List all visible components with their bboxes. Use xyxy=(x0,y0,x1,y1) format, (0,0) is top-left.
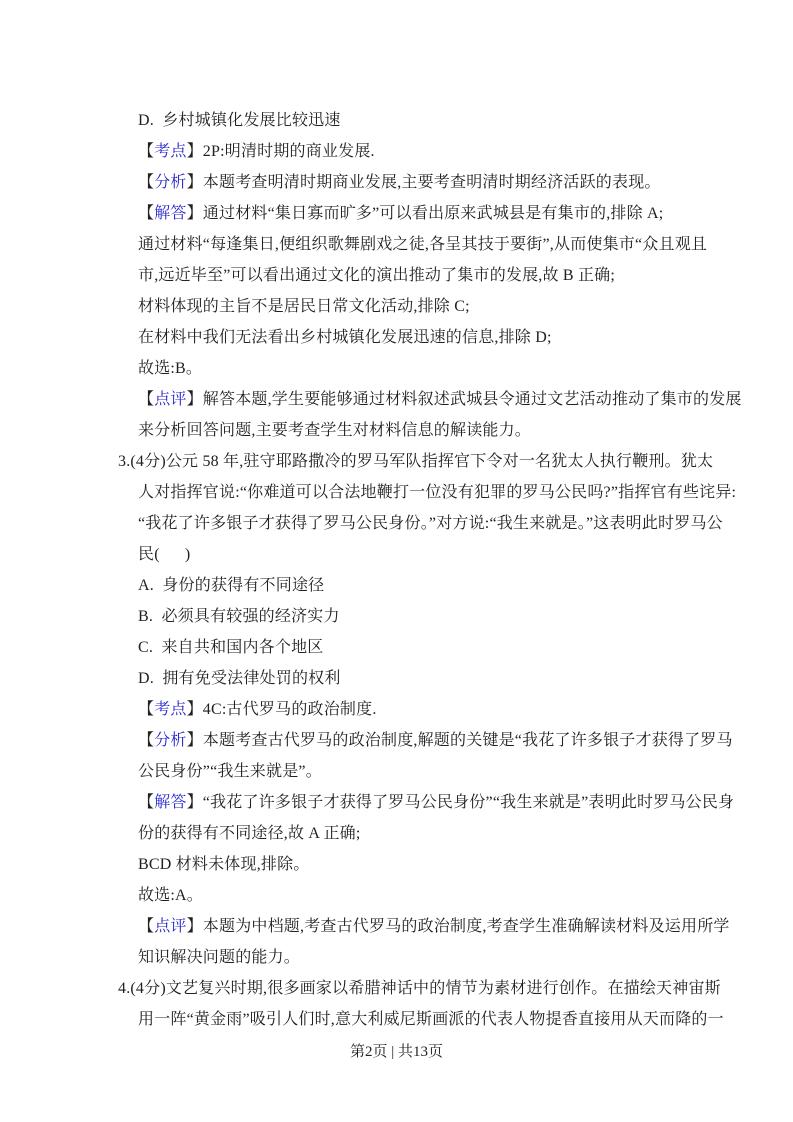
section-label: 分析 xyxy=(154,732,186,749)
text-line: 【分析】本题考查明清时期商业发展,主要考查明清时期经济活跃的表现。 xyxy=(118,167,683,198)
text-line: B. 必须具有较强的经济实力 xyxy=(118,601,683,632)
text-segment: “我花了许多银子才获得了罗马公民身份。”对方说:“我生来就是。”这表明此时罗马公 xyxy=(138,515,723,532)
text-line: 4.(4分)文艺复兴时期,很多画家以希腊神话中的情节为素材进行创作。在描绘天神宙… xyxy=(118,973,683,1004)
text-segment: 【 xyxy=(138,391,154,408)
text-segment: 材料体现的主旨不是居民日常文化活动,排除 C; xyxy=(138,298,470,315)
text-segment: 】“我花了许多银子才获得了罗马公民身份”“我生来就是”表明此时罗马公民身 xyxy=(187,794,735,811)
text-line: 来分析回答问题,主要考查学生对材料信息的解读能力。 xyxy=(118,415,683,446)
text-segment: 4.(4分)文艺复兴时期,很多画家以希腊神话中的情节为素材进行创作。在描绘天神宙… xyxy=(118,980,721,997)
text-line: D. 拥有免受法律处罚的权利 xyxy=(118,663,683,694)
text-segment: 【 xyxy=(138,143,154,160)
text-segment: 公民身份”“我生来就是”。 xyxy=(138,763,322,780)
text-segment: 在材料中我们无法看出乡村城镇化发展迅速的信息,排除 D; xyxy=(138,329,552,346)
text-segment: 】通过材料“集日寡而旷多”可以看出原来武城县是有集市的,排除 A; xyxy=(187,205,664,222)
text-line: 人对指挥官说:“你难道可以合法地鞭打一位没有犯罪的罗马公民吗?”指挥官有些诧异: xyxy=(118,477,683,508)
text-line: BCD 材料未体现,排除。 xyxy=(118,849,683,880)
text-segment: A. 身份的获得有不同途径 xyxy=(138,577,324,594)
section-label: 考点 xyxy=(154,143,186,160)
text-line: 故选:A。 xyxy=(118,880,683,911)
text-segment: 【 xyxy=(138,174,154,191)
text-line: 用一阵“黄金雨”吸引人们时,意大利威尼斯画派的代表人物提香直接用从天而降的一 xyxy=(118,1004,683,1035)
text-line: C. 来自共和国内各个地区 xyxy=(118,632,683,663)
text-segment: 通过材料“每逢集日,便组织歌舞剧戏之徒,各呈其技于要街”,从而使集市“众且观且 xyxy=(138,236,707,253)
text-line: 民( ) xyxy=(118,539,683,570)
text-segment: 】4C:古代罗马的政治制度. xyxy=(187,701,377,718)
text-line: 【点评】解答本题,学生要能够通过材料叙述武城县令通过文艺活动推动了集市的发展 xyxy=(118,384,683,415)
text-segment: 人对指挥官说:“你难道可以合法地鞭打一位没有犯罪的罗马公民吗?”指挥官有些诧异: xyxy=(138,484,736,501)
text-line: 【解答】“我花了许多银子才获得了罗马公民身份”“我生来就是”表明此时罗马公民身 xyxy=(118,787,683,818)
text-line: 【解答】通过材料“集日寡而旷多”可以看出原来武城县是有集市的,排除 A; xyxy=(118,198,683,229)
text-segment: 】本题为中档题,考查古代罗马的政治制度,考查学生准确解读材料及运用所学 xyxy=(187,918,730,935)
section-label: 分析 xyxy=(154,174,186,191)
text-line: “我花了许多银子才获得了罗马公民身份。”对方说:“我生来就是。”这表明此时罗马公 xyxy=(118,508,683,539)
text-line: 在材料中我们无法看出乡村城镇化发展迅速的信息,排除 D; xyxy=(118,322,683,353)
document-page: D. 乡村城镇化发展比较迅速【考点】2P:明清时期的商业发展.【分析】本题考查明… xyxy=(0,0,793,1122)
page-number: 第2页 | 共13页 xyxy=(350,1044,443,1060)
text-line: 【考点】2P:明清时期的商业发展. xyxy=(118,136,683,167)
text-line: 【分析】本题考查古代罗马的政治制度,解题的关键是“我花了许多银子才获得了罗马 xyxy=(118,725,683,756)
text-segment: 知识解决问题的能力。 xyxy=(138,949,300,966)
text-segment: 民( ) xyxy=(138,546,190,563)
text-segment: 3.(4分)公元 58 年,驻守耶路撒冷的罗马军队指挥官下令对一名犹太人执行鞭刑… xyxy=(118,453,713,470)
page-footer: 第2页 | 共13页 xyxy=(0,1040,793,1064)
text-segment: 故选:A。 xyxy=(138,887,203,904)
text-segment: D. 乡村城镇化发展比较迅速 xyxy=(138,112,341,129)
section-label: 解答 xyxy=(154,205,186,222)
text-segment: 】2P:明清时期的商业发展. xyxy=(187,143,375,160)
section-label: 点评 xyxy=(154,391,186,408)
text-segment: 【 xyxy=(138,205,154,222)
text-segment: 】解答本题,学生要能够通过材料叙述武城县令通过文艺活动推动了集市的发展 xyxy=(187,391,742,408)
text-segment: 用一阵“黄金雨”吸引人们时,意大利威尼斯画派的代表人物提香直接用从天而降的一 xyxy=(138,1011,724,1028)
text-segment: 来分析回答问题,主要考查学生对材料信息的解读能力。 xyxy=(138,422,531,439)
text-segment: D. 拥有免受法律处罚的权利 xyxy=(138,670,341,687)
text-line: D. 乡村城镇化发展比较迅速 xyxy=(118,105,683,136)
text-segment: 】本题考查古代罗马的政治制度,解题的关键是“我花了许多银子才获得了罗马 xyxy=(187,732,733,749)
text-line: 3.(4分)公元 58 年,驻守耶路撒冷的罗马军队指挥官下令对一名犹太人执行鞭刑… xyxy=(118,446,683,477)
text-line: 市,远近毕至”可以看出通过文化的演出推动了集市的发展,故 B 正确; xyxy=(118,260,683,291)
text-segment: B. 必须具有较强的经济实力 xyxy=(138,608,340,625)
text-segment: 市,远近毕至”可以看出通过文化的演出推动了集市的发展,故 B 正确; xyxy=(138,267,615,284)
text-segment: 】本题考查明清时期商业发展,主要考查明清时期经济活跃的表现。 xyxy=(187,174,661,191)
text-segment: 份的获得有不同途径,故 A 正确; xyxy=(138,825,361,842)
text-line: 故选:B。 xyxy=(118,353,683,384)
text-line: 知识解决问题的能力。 xyxy=(118,942,683,973)
text-segment: 【 xyxy=(138,918,154,935)
section-label: 考点 xyxy=(154,701,186,718)
section-label: 解答 xyxy=(154,794,186,811)
text-segment: 【 xyxy=(138,701,154,718)
text-line: 份的获得有不同途径,故 A 正确; xyxy=(118,818,683,849)
text-line: 【考点】4C:古代罗马的政治制度. xyxy=(118,694,683,725)
text-line: 通过材料“每逢集日,便组织歌舞剧戏之徒,各呈其技于要街”,从而使集市“众且观且 xyxy=(118,229,683,260)
text-line: A. 身份的获得有不同途径 xyxy=(118,570,683,601)
text-segment: 【 xyxy=(138,794,154,811)
text-segment: BCD 材料未体现,排除。 xyxy=(138,856,310,873)
section-label: 点评 xyxy=(154,918,186,935)
text-segment: C. 来自共和国内各个地区 xyxy=(138,639,323,656)
text-segment: 【 xyxy=(138,732,154,749)
text-line: 材料体现的主旨不是居民日常文化活动,排除 C; xyxy=(118,291,683,322)
text-line: 【点评】本题为中档题,考查古代罗马的政治制度,考查学生准确解读材料及运用所学 xyxy=(118,911,683,942)
text-line: 公民身份”“我生来就是”。 xyxy=(118,756,683,787)
document-content: D. 乡村城镇化发展比较迅速【考点】2P:明清时期的商业发展.【分析】本题考查明… xyxy=(118,105,683,1035)
text-segment: 故选:B。 xyxy=(138,360,202,377)
